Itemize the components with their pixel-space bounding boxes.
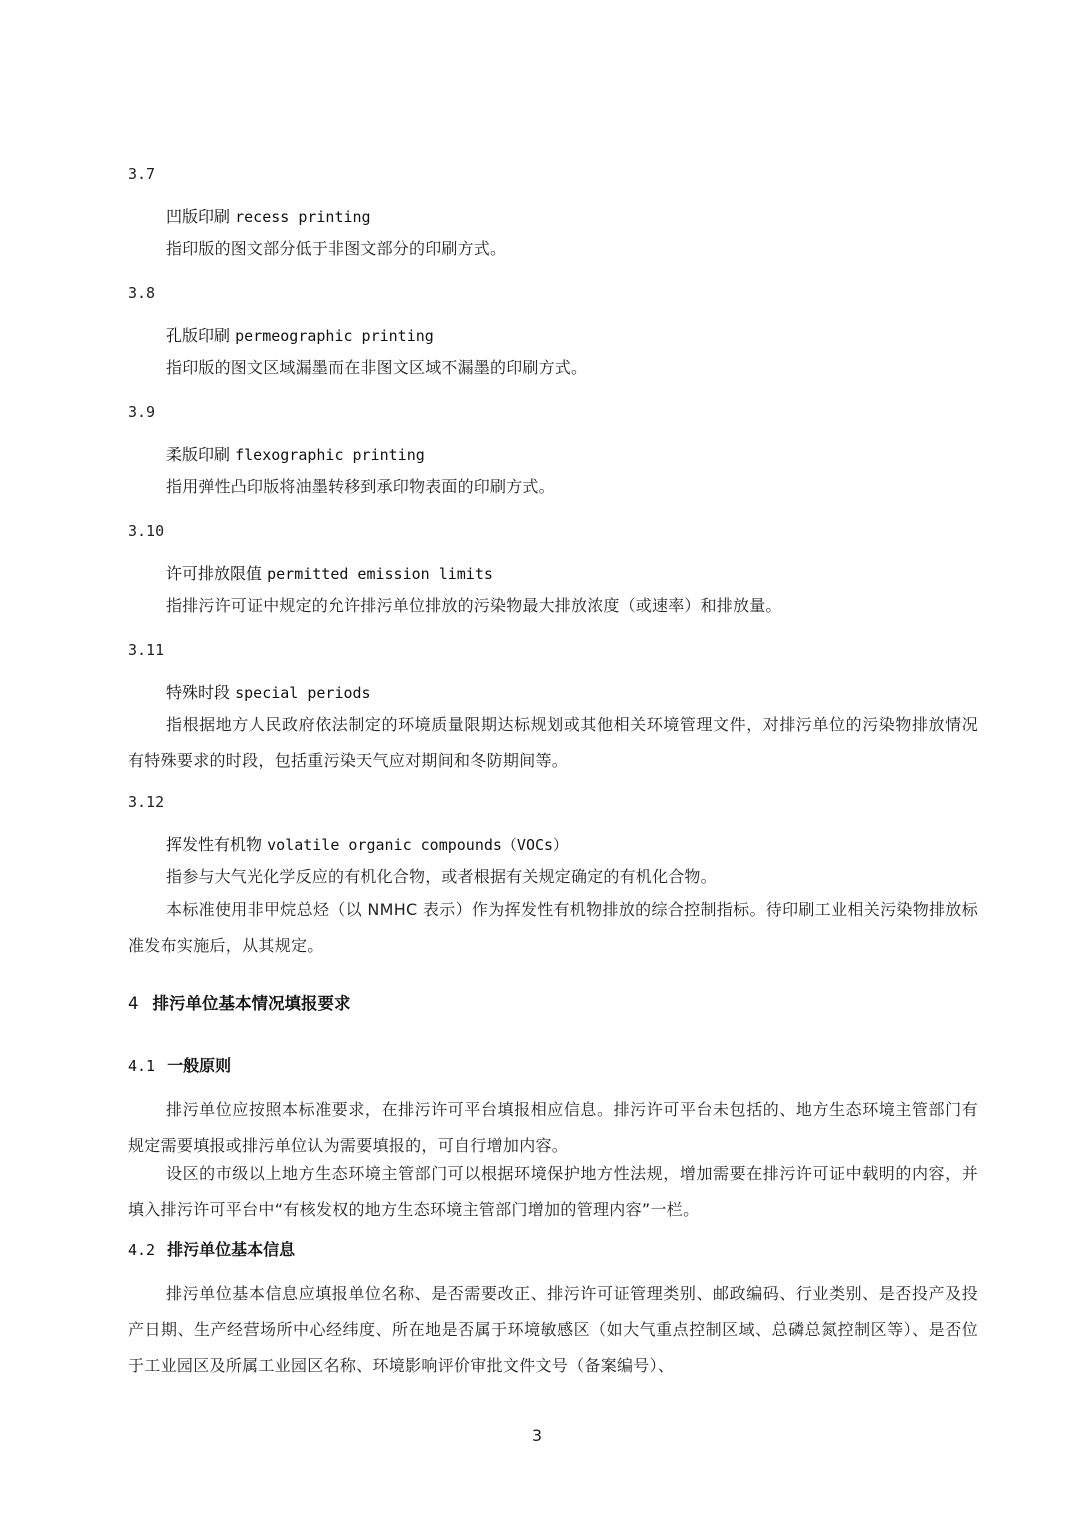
page-number: 3 [0,1426,1074,1445]
section-title: 排污单位基本情况填报要求 [153,994,351,1013]
subsection-title: 一般原则 [167,1056,231,1075]
paragraph: 设区的市级以上地方生态环境主管部门可以根据环境保护地方性法规，增加需要在排污许可… [128,1156,978,1228]
subsection-number: 4.2 [128,1241,155,1259]
subsection-number: 4.1 [128,1057,155,1075]
clause-number: 3.9 [128,402,155,422]
paragraph: 排污单位基本信息应填报单位名称、是否需要改正、排污许可证管理类别、邮政编码、行业… [128,1276,978,1384]
subsection-heading: 4.2排污单位基本信息 [128,1240,295,1260]
clause-number: 3.10 [128,521,164,541]
term-zh: 凹版印刷 [166,207,230,226]
term-zh: 孔版印刷 [166,326,230,345]
section-number: 4 [128,994,139,1013]
subsection-title: 排污单位基本信息 [167,1240,295,1259]
term-definition: 指印版的图文区域漏墨而在非图文区域不漏墨的印刷方式。 [166,358,587,378]
term-en: special periods [235,684,370,702]
clause-number: 3.8 [128,283,155,303]
term-heading: 特殊时段 special periods [166,683,371,703]
term-zh: 柔版印刷 [166,445,230,464]
term-definition: 指印版的图文部分低于非图文部分的印刷方式。 [166,239,506,259]
term-definition: 指参与大气光化学反应的有机化合物，或者根据有关规定确定的有机化合物。 [166,867,717,887]
term-en: recess printing [235,208,370,226]
term-heading: 挥发性有机物 volatile organic compounds（VOCs） [166,835,568,855]
subsection-heading: 4.1一般原则 [128,1056,231,1076]
section-heading: 4排污单位基本情况填报要求 [128,994,351,1014]
term-heading: 柔版印刷 flexographic printing [166,445,425,465]
term-en: flexographic printing [235,446,425,464]
term-zh: 挥发性有机物 [166,835,262,854]
term-en: volatile organic compounds（VOCs） [267,836,568,854]
term-zh: 特殊时段 [166,683,230,702]
clause-number: 3.7 [128,164,155,184]
term-heading: 许可排放限值 permitted emission limits [166,564,493,584]
term-definition: 指根据地方人民政府依法制定的环境质量限期达标规划或其他相关环境管理文件，对排污单… [128,707,978,779]
term-definition: 指排污许可证中规定的允许排污单位排放的污染物最大排放浓度（或速率）和排放量。 [166,596,782,616]
term-en: permeographic printing [235,327,434,345]
term-note: 本标准使用非甲烷总烃（以 NMHC 表示）作为挥发性有机物排放的综合控制指标。待… [128,892,978,964]
clause-number: 3.12 [128,792,164,812]
document-page: 3.7 凹版印刷 recess printing 指印版的图文部分低于非图文部分… [0,0,1074,1520]
paragraph: 排污单位应按照本标准要求，在排污许可平台填报相应信息。排污许可平台未包括的、地方… [128,1092,978,1164]
clause-number: 3.11 [128,640,164,660]
term-heading: 孔版印刷 permeographic printing [166,326,434,346]
term-definition: 指用弹性凸印版将油墨转移到承印物表面的印刷方式。 [166,477,555,497]
term-heading: 凹版印刷 recess printing [166,207,371,227]
term-en: permitted emission limits [267,565,493,583]
term-zh: 许可排放限值 [166,564,262,583]
